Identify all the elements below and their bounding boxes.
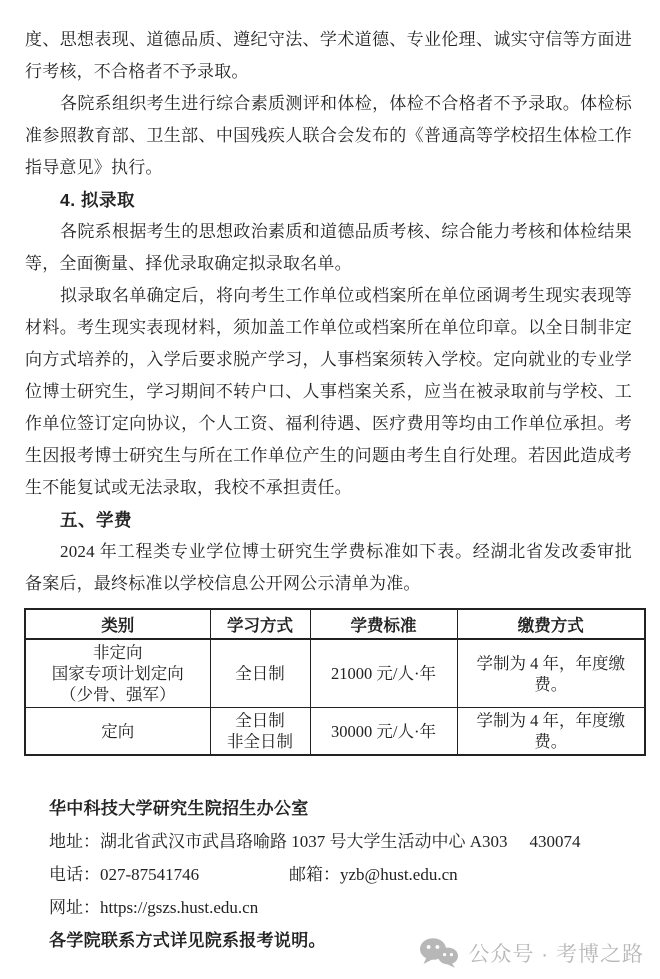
cell-fee: 30000 元/人·年: [310, 708, 457, 756]
postcode-value: 430074: [530, 832, 581, 851]
cell-category: 非定向 国家专项计划定向 （少骨、强军）: [25, 639, 210, 708]
table-header-row: 类别 学习方式 学费标准 缴费方式: [25, 609, 645, 639]
tuition-table-header: 类别 学习方式 学费标准 缴费方式: [25, 609, 645, 639]
cell-fee: 21000 元/人·年: [310, 639, 457, 708]
section-heading-proposed-admission: 4. 拟录取: [25, 184, 632, 216]
header-study-mode: 学习方式: [210, 609, 310, 639]
watermark-text: 公众号 · 考博之路: [468, 938, 644, 968]
phone-value: 027-87541746: [100, 865, 199, 884]
cell-study-mode: 全日制 非全日制: [210, 708, 310, 756]
paragraph-admission-procedure: 拟录取名单确定后，将向考生工作单位或档案所在单位函调考生现实表现等材料。考生现实…: [25, 280, 632, 504]
table-row-nondirected: 非定向 国家专项计划定向 （少骨、强军） 全日制 21000 元/人·年 学制为…: [25, 639, 645, 708]
document-page: { "paragraphs": { "p1": "度、思想表现、道德品质、遵纪守…: [0, 0, 660, 979]
phone-label: 电话：: [49, 865, 100, 884]
study-mode-line: 全日制: [214, 663, 307, 684]
contact-address-line: 地址：湖北省武汉市武昌珞喻路 1037 号大学生活动中心 A303430074: [49, 825, 632, 858]
wechat-icon: [419, 937, 459, 968]
header-category: 类别: [25, 609, 210, 639]
header-fee-standard: 学费标准: [310, 609, 457, 639]
tuition-table-body: 非定向 国家专项计划定向 （少骨、强军） 全日制 21000 元/人·年 学制为…: [25, 639, 645, 755]
tuition-table: 类别 学习方式 学费标准 缴费方式 非定向 国家专项计划定向 （少骨、强军） 全…: [24, 608, 646, 756]
category-line: 非定向: [29, 642, 207, 663]
email-label: 邮箱：: [289, 865, 340, 884]
category-line: 国家专项计划定向: [29, 663, 207, 684]
phone-group: 电话：027-87541746: [49, 858, 289, 891]
contact-phone-email-line: 电话：027-87541746邮箱：yzb@hust.edu.cn: [49, 858, 632, 891]
study-mode-line: 全日制: [214, 710, 307, 731]
address-value: 湖北省武汉市武昌珞喻路 1037 号大学生活动中心 A303: [100, 832, 508, 851]
paragraph-admission-list: 各院系根据考生的思想政治素质和道德品质考核、综合能力考核和体检结果等，全面衡量、…: [25, 216, 632, 280]
cell-category: 定向: [25, 708, 210, 756]
cell-payment: 学制为 4 年，年度缴费。: [457, 708, 645, 756]
cell-study-mode: 全日制: [210, 639, 310, 708]
table-row-directed: 定向 全日制 非全日制 30000 元/人·年 学制为 4 年，年度缴费。: [25, 708, 645, 756]
study-mode-line: 非全日制: [214, 731, 307, 752]
cell-payment: 学制为 4 年，年度缴费。: [457, 639, 645, 708]
header-payment-method: 缴费方式: [457, 609, 645, 639]
contact-website-line: 网址：https://gszs.hust.edu.cn: [49, 891, 632, 924]
category-line: （少骨、强军）: [29, 684, 207, 705]
website-value: https://gszs.hust.edu.cn: [100, 898, 258, 917]
email-value: yzb@hust.edu.cn: [340, 865, 458, 884]
website-label: 网址：: [49, 898, 100, 917]
paragraph-assessment-continued: 度、思想表现、道德品质、遵纪守法、学术道德、专业伦理、诚实守信等方面进行考核，不…: [25, 24, 632, 88]
address-label: 地址：: [49, 832, 100, 851]
document-body: 度、思想表现、道德品质、遵纪守法、学术道德、专业伦理、诚实守信等方面进行考核，不…: [0, 0, 660, 957]
paragraph-tuition-intro: 2024 年工程类专业学位博士研究生学费标准如下表。经湖北省发改委审批备案后，最…: [25, 536, 632, 600]
section-heading-tuition: 五、学费: [25, 504, 632, 536]
contact-block: 华中科技大学研究生院招生办公室 地址：湖北省武汉市武昌珞喻路 1037 号大学生…: [49, 792, 632, 957]
paragraph-physical-exam: 各院系组织考生进行综合素质测评和体检，体检不合格者不予录取。体检标准参照教育部、…: [25, 88, 632, 184]
contact-office-title: 华中科技大学研究生院招生办公室: [49, 792, 632, 825]
watermark: 公众号 · 考博之路: [419, 937, 644, 968]
